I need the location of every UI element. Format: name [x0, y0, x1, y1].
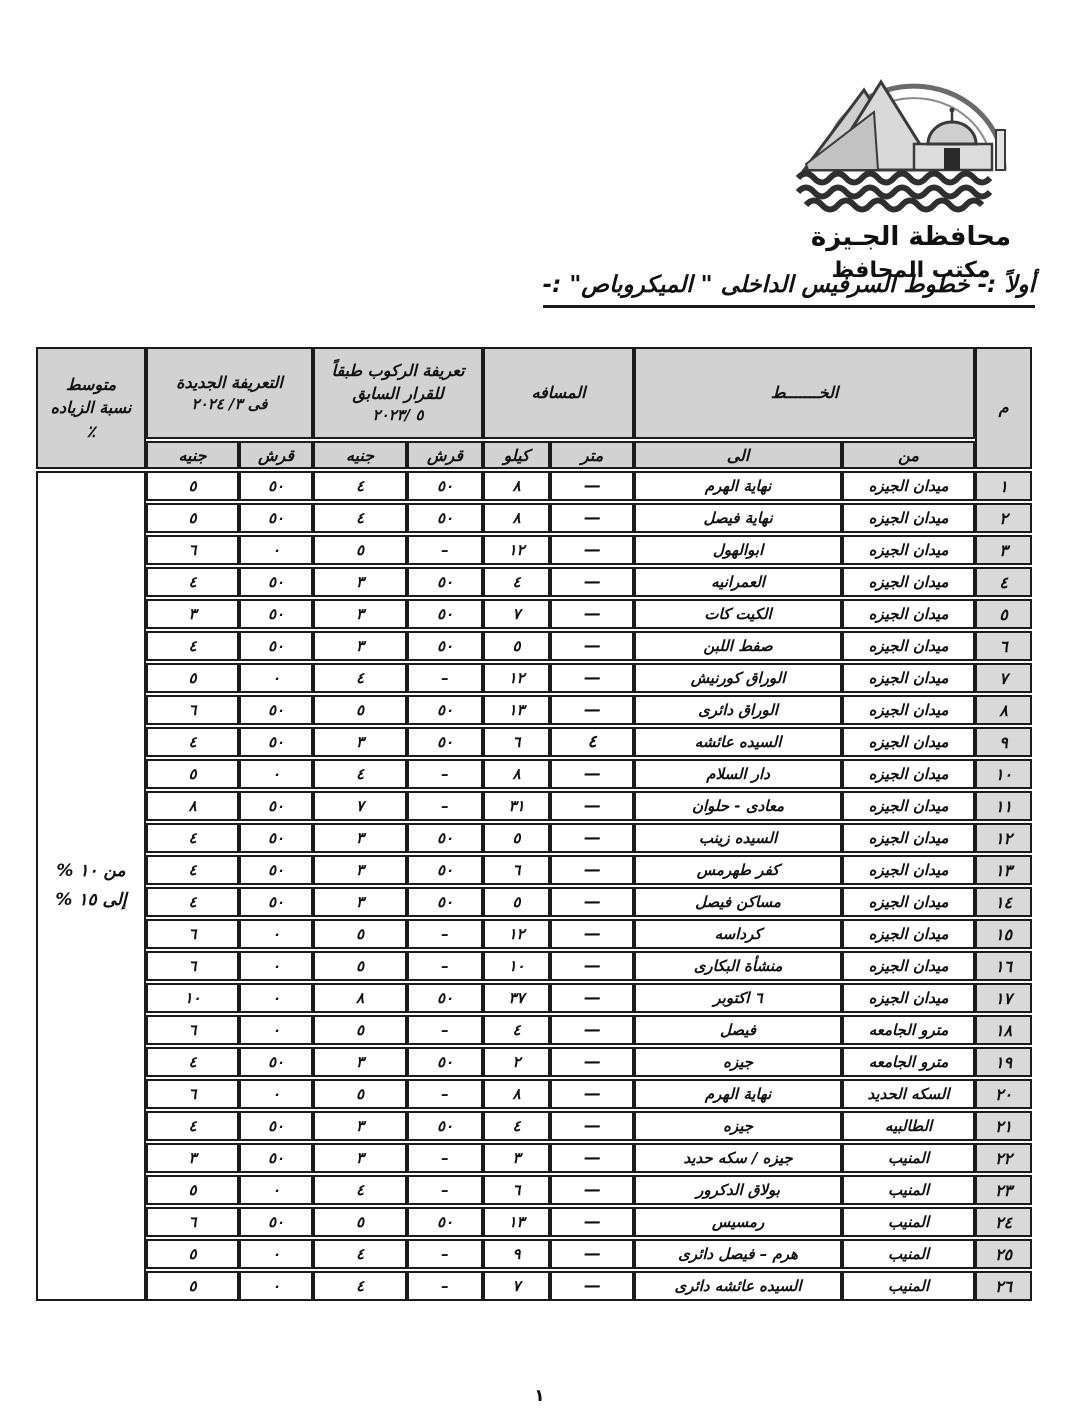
kilo-cell: ٥	[483, 887, 550, 917]
meter-cell: —	[550, 823, 634, 853]
new-qirsh-cell: ٥٠	[239, 695, 313, 725]
col-header-kilo: كيلو	[483, 441, 550, 469]
col-header-distance: المسافه	[483, 347, 634, 439]
prev-qirsh-cell: ٥٠	[407, 1047, 483, 1077]
from-cell: ميدان الجيزه	[842, 535, 975, 565]
table-row: ١٥ميدان الجيزهكرداسه—١٢–٥٠٦	[36, 919, 1032, 949]
col-header-meter: متر	[550, 441, 634, 469]
meter-cell: ٤	[550, 727, 634, 757]
serial-cell: ٨	[975, 695, 1032, 725]
meter-cell: —	[550, 983, 634, 1013]
serial-cell: ٩	[975, 727, 1032, 757]
new-qirsh-cell: ٠	[239, 663, 313, 693]
prev-geneh-cell: ٤	[313, 471, 407, 501]
from-cell: ميدان الجيزه	[842, 759, 975, 789]
new-qirsh-cell: ٠	[239, 535, 313, 565]
giza-governorate-logo-icon	[786, 52, 1036, 220]
from-cell: المنيب	[842, 1271, 975, 1301]
serial-cell: ٢٢	[975, 1143, 1032, 1173]
meter-cell: —	[550, 1015, 634, 1045]
to-cell: السيده عائشه دائرى	[634, 1271, 842, 1301]
table-row: ٦ميدان الجيزهصفط اللبن—٥٥٠٣٥٠٤	[36, 631, 1032, 661]
meter-cell: —	[550, 1143, 634, 1173]
prev-qirsh-cell: –	[407, 663, 483, 693]
prev-qirsh-cell: ٥٠	[407, 823, 483, 853]
meter-cell: —	[550, 1079, 634, 1109]
prev-qirsh-cell: –	[407, 791, 483, 821]
meter-cell: —	[550, 663, 634, 693]
from-cell: ميدان الجيزه	[842, 663, 975, 693]
from-cell: المنيب	[842, 1207, 975, 1237]
new-qirsh-cell: ٥٠	[239, 567, 313, 597]
from-cell: السكه الحديد	[842, 1079, 975, 1109]
col-header-from: من	[842, 441, 975, 469]
page-number: ١	[0, 1386, 1079, 1406]
table-row: ٢٥المنيبهرم – فيصل دائرى—٩–٤٠٥	[36, 1239, 1032, 1269]
prev-geneh-cell: ٤	[313, 663, 407, 693]
from-cell: المنيب	[842, 1239, 975, 1269]
kilo-cell: ١٣	[483, 695, 550, 725]
col-header-prev-qirsh: قرش	[407, 441, 483, 469]
col-header-new-tariff: التعريفة الجديدة فى ٣/ ٢٠٢٤	[146, 347, 313, 439]
kilo-cell: ٣	[483, 1143, 550, 1173]
from-cell: مترو الجامعه	[842, 1015, 975, 1045]
new-qirsh-cell: ٥٠	[239, 1143, 313, 1173]
kilo-cell: ٧	[483, 599, 550, 629]
prev-geneh-cell: ٤	[313, 1239, 407, 1269]
serial-cell: ٢١	[975, 1111, 1032, 1141]
from-cell: ميدان الجيزه	[842, 919, 975, 949]
prev-geneh-cell: ٣	[313, 855, 407, 885]
kilo-cell: ٤	[483, 1111, 550, 1141]
serial-cell: ١٣	[975, 855, 1032, 885]
meter-cell: —	[550, 855, 634, 885]
letterhead: محافظة الجـيزة مكتب المحافظ	[761, 52, 1061, 283]
col-header-serial: م	[975, 347, 1032, 469]
to-cell: نهاية الهرم	[634, 471, 842, 501]
prev-qirsh-cell: ٥٠	[407, 887, 483, 917]
new-qirsh-cell: ٠	[239, 1079, 313, 1109]
table-row: ٢٣المنيببولاق الدكرور—٦–٤٠٥	[36, 1175, 1032, 1205]
serial-cell: ١٨	[975, 1015, 1032, 1045]
table-row: ١٨مترو الجامعهفيصل—٤–٥٠٦	[36, 1015, 1032, 1045]
table-row: ١٩مترو الجامعهجيزه—٢٥٠٣٥٠٤	[36, 1047, 1032, 1077]
new-geneh-cell: ٤	[146, 887, 239, 917]
prev-qirsh-cell: ٥٠	[407, 567, 483, 597]
kilo-cell: ٥	[483, 823, 550, 853]
kilo-cell: ٨	[483, 471, 550, 501]
meter-cell: —	[550, 887, 634, 917]
col-header-prev-geneh: جنيه	[313, 441, 407, 469]
serial-cell: ٢٤	[975, 1207, 1032, 1237]
prev-geneh-cell: ٣	[313, 631, 407, 661]
serial-cell: ١٩	[975, 1047, 1032, 1077]
from-cell: ميدان الجيزه	[842, 695, 975, 725]
col-header-to: الى	[634, 441, 842, 469]
table-row: ٢٢المنيبجيزه / سكه حديد—٣–٣٥٠٣	[36, 1143, 1032, 1173]
kilo-cell: ٦	[483, 1175, 550, 1205]
to-cell: الوراق دائرى	[634, 695, 842, 725]
new-geneh-cell: ٥	[146, 759, 239, 789]
from-cell: ميدان الجيزه	[842, 855, 975, 885]
new-geneh-cell: ٥	[146, 663, 239, 693]
prev-geneh-cell: ٥	[313, 1079, 407, 1109]
new-geneh-cell: ٤	[146, 855, 239, 885]
prev-geneh-cell: ٤	[313, 759, 407, 789]
to-cell: جيزه	[634, 1111, 842, 1141]
table-row: ٢٤المنيبرمسيس—١٣٥٠٥٥٠٦	[36, 1207, 1032, 1237]
meter-cell: —	[550, 567, 634, 597]
table-header: م الخـــــــط المسافه تعريفة الركوب طبقا…	[36, 347, 1032, 469]
to-cell: رمسيس	[634, 1207, 842, 1237]
kilo-cell: ١٢	[483, 919, 550, 949]
to-cell: ابوالهول	[634, 535, 842, 565]
prev-geneh-cell: ٤	[313, 1271, 407, 1301]
serial-cell: ١١	[975, 791, 1032, 821]
table-row: ٢١الطالبيهجيزه—٤٥٠٣٥٠٤	[36, 1111, 1032, 1141]
col-header-new-qirsh: قرش	[239, 441, 313, 469]
from-cell: المنيب	[842, 1175, 975, 1205]
to-cell: ٦ اكتوبر	[634, 983, 842, 1013]
kilo-cell: ٥	[483, 631, 550, 661]
prev-qirsh-cell: –	[407, 1271, 483, 1301]
serial-cell: ٧	[975, 663, 1032, 693]
meter-cell: —	[550, 759, 634, 789]
new-geneh-cell: ٦	[146, 695, 239, 725]
new-qirsh-cell: ٠	[239, 1015, 313, 1045]
kilo-cell: ١٢	[483, 535, 550, 565]
kilo-cell: ٨	[483, 1079, 550, 1109]
prev-qirsh-cell: ٥٠	[407, 855, 483, 885]
prev-geneh-cell: ٥	[313, 919, 407, 949]
table-row: ٢٦المنيبالسيده عائشه دائرى—٧–٤٠٥	[36, 1271, 1032, 1301]
to-cell: معادى - حلوان	[634, 791, 842, 821]
to-cell: دار السلام	[634, 759, 842, 789]
new-geneh-cell: ٥	[146, 471, 239, 501]
prev-qirsh-cell: –	[407, 1175, 483, 1205]
meter-cell: —	[550, 1047, 634, 1077]
new-geneh-cell: ٥	[146, 1271, 239, 1301]
prev-qirsh-cell: ٥٠	[407, 983, 483, 1013]
table-row: ٢٠السكه الحديدنهاية الهرم—٨–٥٠٦	[36, 1079, 1032, 1109]
meter-cell: —	[550, 791, 634, 821]
serial-cell: ٢٦	[975, 1271, 1032, 1301]
prev-qirsh-cell: –	[407, 1015, 483, 1045]
from-cell: ميدان الجيزه	[842, 983, 975, 1013]
to-cell: كرداسه	[634, 919, 842, 949]
new-qirsh-cell: ٠	[239, 983, 313, 1013]
new-geneh-cell: ٦	[146, 951, 239, 981]
new-geneh-cell: ٤	[146, 727, 239, 757]
new-geneh-cell: ٤	[146, 1047, 239, 1077]
prev-qirsh-cell: ٥٠	[407, 695, 483, 725]
prev-geneh-cell: ٣	[313, 887, 407, 917]
section-title: أولاً :- خطوط السرفيس الداخلى " الميكروب…	[543, 272, 1035, 308]
to-cell: كفر طهرمس	[634, 855, 842, 885]
new-qirsh-cell: ٠	[239, 951, 313, 981]
new-geneh-cell: ٥	[146, 1239, 239, 1269]
serial-cell: ٤	[975, 567, 1032, 597]
to-cell: جيزه / سكه حديد	[634, 1143, 842, 1173]
kilo-cell: ٩	[483, 1239, 550, 1269]
table-row: ٥ميدان الجيزهالكيت كات—٧٥٠٣٥٠٣	[36, 599, 1032, 629]
to-cell: بولاق الدكرور	[634, 1175, 842, 1205]
prev-qirsh-cell: –	[407, 951, 483, 981]
serial-cell: ٢٠	[975, 1079, 1032, 1109]
prev-qirsh-cell: –	[407, 1079, 483, 1109]
meter-cell: —	[550, 631, 634, 661]
serial-cell: ٢٥	[975, 1239, 1032, 1269]
org-name: محافظة الجـيزة	[761, 222, 1061, 252]
table-row: ١٠ميدان الجيزهدار السلام—٨–٤٠٥	[36, 759, 1032, 789]
meter-cell: —	[550, 919, 634, 949]
from-cell: الطالبيه	[842, 1111, 975, 1141]
table-row: ٧ميدان الجيزهالوراق كورنيش—١٢–٤٠٥	[36, 663, 1032, 693]
new-qirsh-cell: ٠	[239, 1175, 313, 1205]
prev-qirsh-cell: ٥٠	[407, 471, 483, 501]
meter-cell: —	[550, 1239, 634, 1269]
meter-cell: —	[550, 1111, 634, 1141]
table-row: ١٢ميدان الجيزهالسيده زينب—٥٥٠٣٥٠٤	[36, 823, 1032, 853]
meter-cell: —	[550, 1175, 634, 1205]
prev-geneh-cell: ٧	[313, 791, 407, 821]
col-header-new-geneh: جنيه	[146, 441, 239, 469]
prev-geneh-cell: ٣	[313, 823, 407, 853]
to-cell: العمرانيه	[634, 567, 842, 597]
prev-geneh-cell: ٣	[313, 567, 407, 597]
new-geneh-cell: ٦	[146, 1207, 239, 1237]
prev-geneh-cell: ٤	[313, 503, 407, 533]
kilo-cell: ٦	[483, 727, 550, 757]
kilo-cell: ٧	[483, 1271, 550, 1301]
serial-cell: ٣	[975, 535, 1032, 565]
serial-cell: ١٤	[975, 887, 1032, 917]
new-geneh-cell: ٤	[146, 823, 239, 853]
serial-cell: ٦	[975, 631, 1032, 661]
kilo-cell: ٤	[483, 567, 550, 597]
new-geneh-cell: ٤	[146, 1111, 239, 1141]
from-cell: مترو الجامعه	[842, 1047, 975, 1077]
to-cell: منشأة البكارى	[634, 951, 842, 981]
prev-qirsh-cell: ٥٠	[407, 1207, 483, 1237]
kilo-cell: ٦	[483, 855, 550, 885]
prev-geneh-cell: ٣	[313, 1143, 407, 1173]
tariff-table: م الخـــــــط المسافه تعريفة الركوب طبقا…	[36, 345, 1032, 1303]
serial-cell: ٥	[975, 599, 1032, 629]
prev-qirsh-cell: –	[407, 1143, 483, 1173]
prev-geneh-cell: ٥	[313, 951, 407, 981]
new-qirsh-cell: ٥٠	[239, 823, 313, 853]
new-qirsh-cell: ٥٠	[239, 1047, 313, 1077]
to-cell: نهاية فيصل	[634, 503, 842, 533]
prev-geneh-cell: ٥	[313, 695, 407, 725]
table-row: ١٣ميدان الجيزهكفر طهرمس—٦٥٠٣٥٠٤	[36, 855, 1032, 885]
kilo-cell: ٨	[483, 503, 550, 533]
to-cell: هرم – فيصل دائرى	[634, 1239, 842, 1269]
new-qirsh-cell: ٥٠	[239, 855, 313, 885]
new-geneh-cell: ٣	[146, 1143, 239, 1173]
to-cell: جيزه	[634, 1047, 842, 1077]
col-header-previous-tariff: تعريفة الركوب طبقاً للقرار السابق ٥ /٢٠٢…	[313, 347, 483, 439]
to-cell: فيصل	[634, 1015, 842, 1045]
serial-cell: ١٢	[975, 823, 1032, 853]
from-cell: ميدان الجيزه	[842, 631, 975, 661]
kilo-cell: ١٣	[483, 1207, 550, 1237]
kilo-cell: ٣٧	[483, 983, 550, 1013]
meter-cell: —	[550, 695, 634, 725]
from-cell: ميدان الجيزه	[842, 567, 975, 597]
from-cell: المنيب	[842, 1143, 975, 1173]
to-cell: السيده عائشه	[634, 727, 842, 757]
table-row: ١٧ميدان الجيزه٦ اكتوبر—٣٧٥٠٨٠١٠	[36, 983, 1032, 1013]
serial-cell: ١٠	[975, 759, 1032, 789]
serial-cell: ٢٣	[975, 1175, 1032, 1205]
new-qirsh-cell: ٥٠	[239, 1111, 313, 1141]
prev-geneh-cell: ٥	[313, 535, 407, 565]
prev-geneh-cell: ٣	[313, 1047, 407, 1077]
meter-cell: —	[550, 951, 634, 981]
table-row: ٨ميدان الجيزهالوراق دائرى—١٣٥٠٥٥٠٦	[36, 695, 1032, 725]
new-qirsh-cell: ٠	[239, 759, 313, 789]
new-qirsh-cell: ٥٠	[239, 791, 313, 821]
new-geneh-cell: ٣	[146, 599, 239, 629]
meter-cell: —	[550, 1207, 634, 1237]
new-qirsh-cell: ٥٠	[239, 599, 313, 629]
from-cell: ميدان الجيزه	[842, 791, 975, 821]
prev-geneh-cell: ٣	[313, 599, 407, 629]
from-cell: ميدان الجيزه	[842, 951, 975, 981]
table-row: ١١ميدان الجيزهمعادى - حلوان—٣١–٧٥٠٨	[36, 791, 1032, 821]
table-body: ١ميدان الجيزهنهاية الهرم—٨٥٠٤٥٠٥من ١٠ %إ…	[36, 471, 1032, 1301]
table-row: ١٦ميدان الجيزهمنشأة البكارى—١٠–٥٠٦	[36, 951, 1032, 981]
to-cell: الوراق كورنيش	[634, 663, 842, 693]
prev-qirsh-cell: –	[407, 759, 483, 789]
prev-geneh-cell: ٣	[313, 727, 407, 757]
kilo-cell: ٣١	[483, 791, 550, 821]
prev-qirsh-cell: ٥٠	[407, 503, 483, 533]
prev-geneh-cell: ٥	[313, 1207, 407, 1237]
to-cell: السيده زينب	[634, 823, 842, 853]
meter-cell: —	[550, 1271, 634, 1301]
from-cell: ميدان الجيزه	[842, 599, 975, 629]
new-qirsh-cell: ٥٠	[239, 1207, 313, 1237]
new-geneh-cell: ٤	[146, 631, 239, 661]
new-geneh-cell: ٦	[146, 919, 239, 949]
prev-qirsh-cell: ٥٠	[407, 727, 483, 757]
new-geneh-cell: ٤	[146, 567, 239, 597]
prev-qirsh-cell: –	[407, 1239, 483, 1269]
table-row: ١ميدان الجيزهنهاية الهرم—٨٥٠٤٥٠٥من ١٠ %إ…	[36, 471, 1032, 501]
to-cell: الكيت كات	[634, 599, 842, 629]
serial-cell: ١	[975, 471, 1032, 501]
col-header-line: الخـــــــط	[634, 347, 975, 439]
to-cell: نهاية الهرم	[634, 1079, 842, 1109]
meter-cell: —	[550, 535, 634, 565]
prev-qirsh-cell: –	[407, 919, 483, 949]
prev-geneh-cell: ٤	[313, 1175, 407, 1205]
new-geneh-cell: ٦	[146, 535, 239, 565]
table-row: ٤ميدان الجيزهالعمرانيه—٤٥٠٣٥٠٤	[36, 567, 1032, 597]
new-geneh-cell: ١٠	[146, 983, 239, 1013]
new-qirsh-cell: ٥٠	[239, 887, 313, 917]
new-qirsh-cell: ٠	[239, 1239, 313, 1269]
to-cell: مساكن فيصل	[634, 887, 842, 917]
document-page: محافظة الجـيزة مكتب المحافظ أولاً :- خطو…	[0, 0, 1079, 1424]
kilo-cell: ١٠	[483, 951, 550, 981]
serial-cell: ١٥	[975, 919, 1032, 949]
new-geneh-cell: ٦	[146, 1079, 239, 1109]
from-cell: ميدان الجيزه	[842, 503, 975, 533]
new-geneh-cell: ٥	[146, 1175, 239, 1205]
new-geneh-cell: ٦	[146, 1015, 239, 1045]
kilo-cell: ٢	[483, 1047, 550, 1077]
new-qirsh-cell: ٠	[239, 919, 313, 949]
meter-cell: —	[550, 503, 634, 533]
new-geneh-cell: ٨	[146, 791, 239, 821]
from-cell: ميدان الجيزه	[842, 823, 975, 853]
serial-cell: ١٧	[975, 983, 1032, 1013]
meter-cell: —	[550, 471, 634, 501]
kilo-cell: ٨	[483, 759, 550, 789]
kilo-cell: ٤	[483, 1015, 550, 1045]
prev-geneh-cell: ٥	[313, 1015, 407, 1045]
average-increase-note: من ١٠ %إلى ١٥ %	[36, 471, 146, 1301]
new-geneh-cell: ٥	[146, 503, 239, 533]
table-row: ٩ميدان الجيزهالسيده عائشه٤٦٥٠٣٥٠٤	[36, 727, 1032, 757]
serial-cell: ١٦	[975, 951, 1032, 981]
kilo-cell: ١٢	[483, 663, 550, 693]
new-qirsh-cell: ٥٠	[239, 727, 313, 757]
from-cell: ميدان الجيزه	[842, 887, 975, 917]
from-cell: ميدان الجيزه	[842, 727, 975, 757]
new-qirsh-cell: ٥٠	[239, 631, 313, 661]
prev-geneh-cell: ٨	[313, 983, 407, 1013]
new-qirsh-cell: ٥٠	[239, 503, 313, 533]
prev-geneh-cell: ٣	[313, 1111, 407, 1141]
prev-qirsh-cell: ٥٠	[407, 599, 483, 629]
table-row: ٣ميدان الجيزهابوالهول—١٢–٥٠٦	[36, 535, 1032, 565]
to-cell: صفط اللبن	[634, 631, 842, 661]
meter-cell: —	[550, 599, 634, 629]
serial-cell: ٢	[975, 503, 1032, 533]
new-qirsh-cell: ٥٠	[239, 471, 313, 501]
new-qirsh-cell: ٠	[239, 1271, 313, 1301]
prev-qirsh-cell: –	[407, 535, 483, 565]
from-cell: ميدان الجيزه	[842, 471, 975, 501]
prev-qirsh-cell: ٥٠	[407, 631, 483, 661]
table-row: ١٤ميدان الجيزهمساكن فيصل—٥٥٠٣٥٠٤	[36, 887, 1032, 917]
col-header-average-increase: متوسط نسبة الزياده ٪	[36, 347, 146, 469]
table-row: ٢ميدان الجيزهنهاية فيصل—٨٥٠٤٥٠٥	[36, 503, 1032, 533]
prev-qirsh-cell: ٥٠	[407, 1111, 483, 1141]
